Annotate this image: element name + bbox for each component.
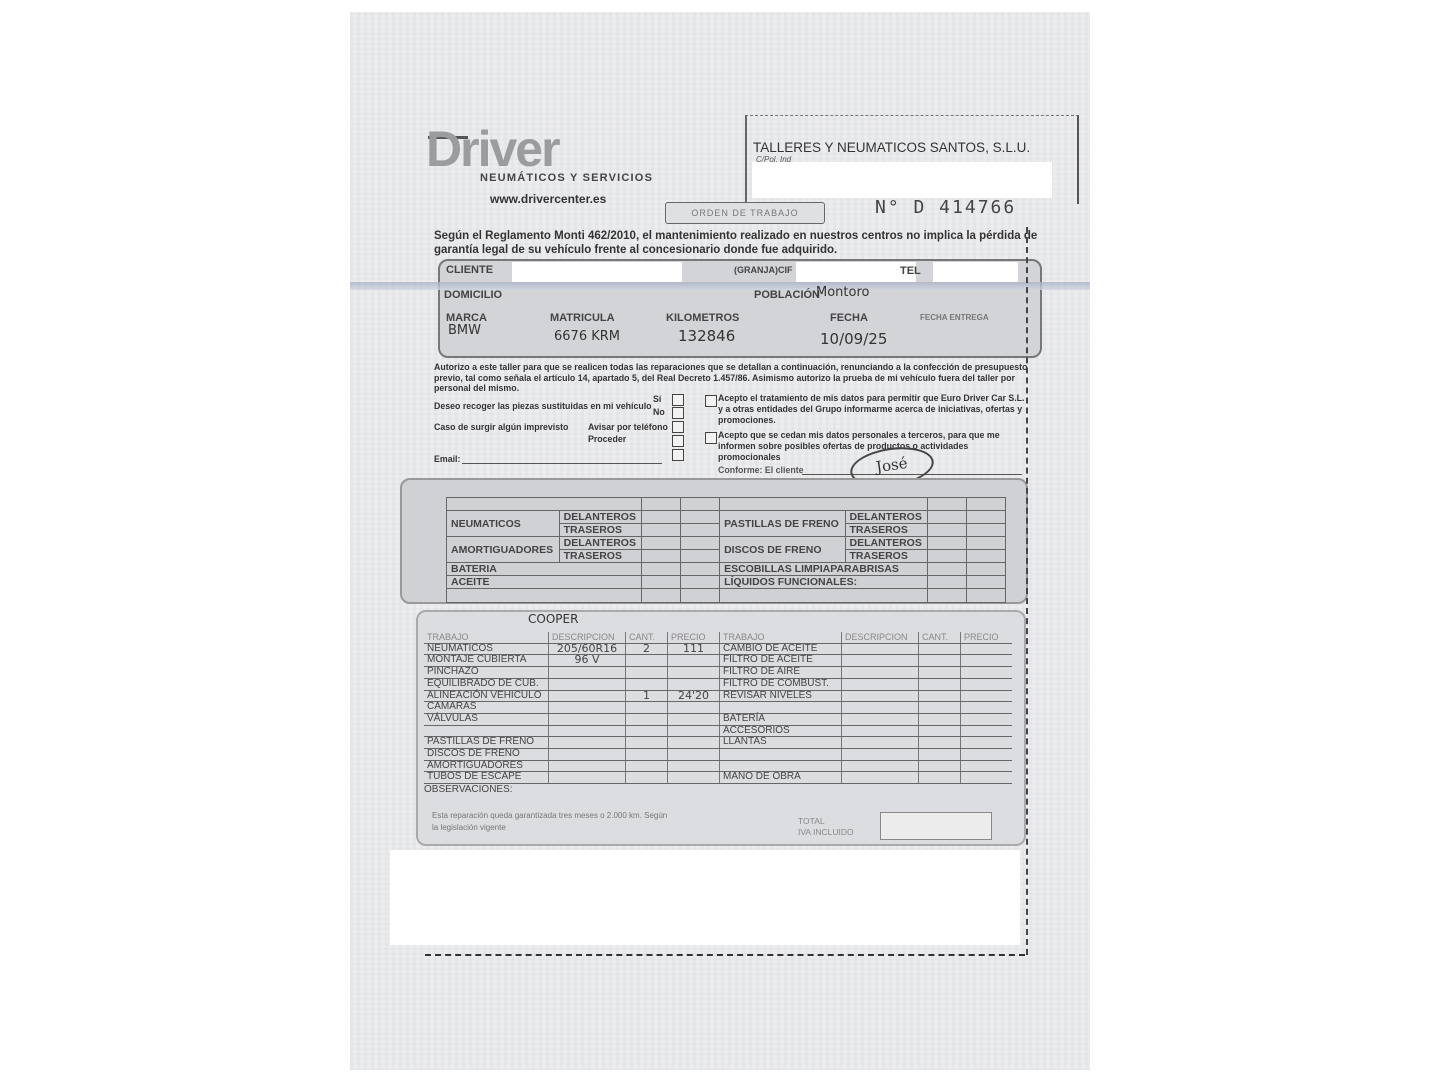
empty-work-cell: [919, 760, 961, 772]
check-cell[interactable]: [681, 537, 720, 550]
order-number: N° D 414766: [875, 197, 1016, 218]
value-poblacion: Montoro: [816, 285, 869, 300]
work-row: ALINEACIÓN VEHICULO124'20REVISAR NIVELES: [424, 690, 1012, 702]
work-cell: [720, 760, 842, 772]
check-item: BATERIA: [447, 563, 642, 576]
work-cell: 2: [626, 643, 668, 655]
check-cell[interactable]: [681, 524, 720, 537]
empty-work-cell: [961, 667, 1013, 679]
checkbox-email[interactable]: [672, 449, 684, 461]
total-label: TOTAL: [798, 816, 825, 826]
work-row: PINCHAZOFILTRO DE AIRE: [424, 667, 1012, 679]
work-cell: [668, 749, 720, 761]
work-cell: [549, 713, 626, 725]
redacted-cif: [796, 262, 916, 282]
checkbox-si[interactable]: [672, 394, 684, 406]
check-cell[interactable]: [928, 550, 967, 563]
empty-work-cell: [961, 713, 1013, 725]
empty-work-cell: [842, 737, 919, 749]
work-row: VÁLVULASBATERÍA: [424, 713, 1012, 725]
redacted-lower-area: [390, 850, 1020, 945]
empty-work-cell: [842, 772, 919, 784]
redacted-tel: [933, 262, 1018, 282]
work-cell: [668, 655, 720, 667]
value-matricula: 6676 KRM: [554, 329, 620, 344]
tire-brand-note: COOPER: [528, 612, 578, 626]
work-cell: 111: [668, 643, 720, 655]
work-cell: 24'20: [668, 690, 720, 702]
work-cell: MONTAJE CUBIERTA: [424, 655, 549, 667]
checkbox-consent-2[interactable]: [705, 432, 717, 444]
proceed-label: Proceder: [588, 434, 626, 444]
observaciones-label: OBSERVACIONES:: [424, 784, 513, 795]
checkbox-proceed[interactable]: [672, 435, 684, 447]
empty-work-cell: [961, 702, 1013, 714]
iva-label: IVA INCLUIDO: [798, 827, 854, 837]
empty-work-cell: [842, 713, 919, 725]
inspection-checklist-table: NEUMATICOSDELANTEROSPASTILLAS DE FRENODE…: [446, 497, 1006, 603]
work-cell: [668, 667, 720, 679]
check-cell[interactable]: [928, 524, 967, 537]
empty-work-cell: [842, 725, 919, 737]
redacted-address: [752, 162, 1052, 198]
work-cell: VÁLVULAS: [424, 713, 549, 725]
work-cell: FILTRO DE ACEITE: [720, 655, 842, 667]
empty-work-cell: [919, 772, 961, 784]
empty-work-cell: [842, 749, 919, 761]
work-cell: FILTRO DE AIRE: [720, 667, 842, 679]
empty-work-cell: [919, 643, 961, 655]
empty-work-cell: [961, 655, 1013, 667]
empty-work-cell: [961, 725, 1013, 737]
work-cell: [720, 749, 842, 761]
value-fecha: 10/09/25: [820, 330, 887, 348]
work-cell: AMORTIGUADORES: [424, 760, 549, 772]
work-cell: PASTILLAS DE FRENO: [424, 737, 549, 749]
label-fecha: FECHA: [830, 312, 868, 324]
check-cell[interactable]: [642, 524, 681, 537]
work-cell: TUBOS DE ESCAPE: [424, 772, 549, 784]
label-cif: (GRANJA)CIF: [734, 265, 793, 275]
work-cell: [549, 678, 626, 690]
value-marca: BMW: [448, 323, 481, 338]
check-cell[interactable]: [967, 524, 1006, 537]
empty-work-cell: [919, 749, 961, 761]
empty-work-cell: [961, 690, 1013, 702]
order-type-stamp: ORDEN DE TRABAJO: [665, 202, 825, 224]
work-cell: [549, 667, 626, 679]
label-poblacion: POBLACIÓN: [754, 289, 820, 301]
work-order-table: TRABAJO DESCRIPCION CANT. PRECIO TRABAJO…: [424, 632, 1012, 784]
check-item: PASTILLAS DE FRENO: [720, 511, 845, 537]
consent-1-text: Acepto el tratamiento de mis datos para …: [718, 393, 1028, 426]
checkbox-consent-1[interactable]: [705, 395, 717, 407]
check-cell[interactable]: [642, 576, 681, 589]
check-cell[interactable]: [642, 563, 681, 576]
work-cell: [626, 713, 668, 725]
check-cell[interactable]: [967, 563, 1006, 576]
work-cell: BATERÍA: [720, 713, 842, 725]
empty-work-cell: [919, 702, 961, 714]
check-item: DISCOS DE FRENO: [720, 537, 845, 563]
notify-phone-label: Avisar por teléfono: [588, 422, 668, 432]
work-cell: [549, 749, 626, 761]
warranty-footnote: Esta reparación queda garantizada tres m…: [432, 810, 672, 834]
work-cell: ACCESORIOS: [720, 725, 842, 737]
empty-work-cell: [842, 690, 919, 702]
empty-work-cell: [919, 713, 961, 725]
check-cell[interactable]: [681, 563, 720, 576]
brand-tagline: NEUMÁTICOS Y SERVICIOS: [480, 172, 653, 184]
work-cell: [549, 725, 626, 737]
work-cell: [626, 725, 668, 737]
check-cell[interactable]: [967, 511, 1006, 524]
empty-work-cell: [961, 749, 1013, 761]
scanned-document-page: Driver NEUMÁTICOS Y SERVICIOS www.driver…: [350, 12, 1090, 1070]
empty-work-cell: [919, 725, 961, 737]
unforeseen-label: Caso de surgir algún imprevisto: [434, 422, 568, 432]
work-cell: CAMARAS: [424, 702, 549, 714]
shop-name: TALLERES Y NEUMATICOS SANTOS, S.L.U.: [753, 140, 1030, 155]
work-cell: [549, 772, 626, 784]
work-cell: [626, 737, 668, 749]
work-cell: REVISAR NIVELES: [720, 690, 842, 702]
work-cell: MANO DE OBRA: [720, 772, 842, 784]
work-row: CAMARAS: [424, 702, 1012, 714]
check-item: NEUMATICOS: [447, 511, 560, 537]
check-cell[interactable]: [928, 563, 967, 576]
work-cell: LLANTAS: [720, 737, 842, 749]
authorization-text: Autorizo a este taller para que se reali…: [434, 362, 1034, 394]
checkbox-notify-phone[interactable]: [672, 421, 684, 433]
work-row: DISCOS DE FRENO: [424, 749, 1012, 761]
work-cell: [549, 690, 626, 702]
checkbox-no[interactable]: [672, 407, 684, 419]
work-cell: NEUMATICOS: [424, 643, 549, 655]
work-cell: [626, 702, 668, 714]
check-cell[interactable]: [642, 550, 681, 563]
email-label: Email:: [434, 454, 460, 464]
work-row: ACCESORIOS: [424, 725, 1012, 737]
work-cell: PINCHAZO: [424, 667, 549, 679]
work-cell: ALINEACIÓN VEHICULO: [424, 690, 549, 702]
check-cell[interactable]: [681, 511, 720, 524]
empty-work-cell: [919, 678, 961, 690]
label-si: Sí: [653, 394, 661, 404]
empty-work-cell: [842, 760, 919, 772]
empty-work-cell: [961, 760, 1013, 772]
warranty-notice: Según el Reglamento Monti 462/2010, el m…: [434, 229, 1044, 257]
check-item: AMORTIGUADORES: [447, 537, 560, 563]
check-item: ESCOBILLAS LIMPIAPARABRISAS: [720, 563, 928, 576]
work-cell: [549, 702, 626, 714]
work-cell: [626, 655, 668, 667]
redacted-client-name: [512, 262, 682, 282]
check-cell[interactable]: [928, 576, 967, 589]
label-no: No: [653, 407, 665, 417]
check-cell[interactable]: [681, 576, 720, 589]
brand-logo: Driver: [426, 124, 559, 174]
brand-website: www.drivercenter.es: [490, 192, 606, 206]
collect-parts-label: Deseo recoger las piezas sustituidas en …: [434, 401, 652, 411]
work-cell: [626, 760, 668, 772]
label-matricula: MATRICULA: [550, 312, 615, 324]
work-cell: [626, 772, 668, 784]
check-cell[interactable]: [928, 511, 967, 524]
label-fecha-entrega: FECHA ENTREGA: [920, 313, 989, 322]
empty-work-cell: [961, 643, 1013, 655]
empty-work-cell: [842, 667, 919, 679]
work-cell: FILTRO DE COMBUST.: [720, 678, 842, 690]
empty-work-cell: [842, 678, 919, 690]
empty-work-cell: [961, 678, 1013, 690]
check-item: ACEITE: [447, 576, 642, 589]
work-cell: 96 V: [549, 655, 626, 667]
page-edge-line: [1026, 227, 1028, 955]
check-cell[interactable]: [967, 550, 1006, 563]
work-cell: [668, 702, 720, 714]
check-cell[interactable]: [642, 511, 681, 524]
value-kilometros: 132846: [678, 327, 735, 345]
cut-line: [425, 954, 1025, 956]
work-cell: DISCOS DE FRENO: [424, 749, 549, 761]
label-domicilio: DOMICILIO: [444, 289, 502, 301]
email-field[interactable]: [462, 463, 662, 464]
work-cell: [668, 760, 720, 772]
work-cell: [668, 713, 720, 725]
work-cell: 1: [626, 690, 668, 702]
empty-work-cell: [842, 702, 919, 714]
work-row: MONTAJE CUBIERTA96 VFILTRO DE ACEITE: [424, 655, 1012, 667]
empty-work-cell: [842, 643, 919, 655]
work-cell: CAMBIO DE ACEITE: [720, 643, 842, 655]
check-cell[interactable]: [967, 537, 1006, 550]
work-row: TUBOS DE ESCAPEMANO DE OBRA: [424, 772, 1012, 784]
check-cell[interactable]: [928, 537, 967, 550]
empty-work-cell: [919, 655, 961, 667]
check-item: LÍQUIDOS FUNCIONALES:: [720, 576, 928, 589]
empty-work-cell: [961, 772, 1013, 784]
work-cell: EQUILIBRADO DE CUB.: [424, 678, 549, 690]
work-cell: [626, 667, 668, 679]
work-row: NEUMATICOS205/60R162111CAMBIO DE ACEITE: [424, 643, 1012, 655]
work-cell: [424, 725, 549, 737]
check-cell[interactable]: [681, 550, 720, 563]
work-row: PASTILLAS DE FRENOLLANTAS: [424, 737, 1012, 749]
work-row: AMORTIGUADORES: [424, 760, 1012, 772]
work-cell: [668, 772, 720, 784]
check-cell[interactable]: [642, 537, 681, 550]
label-kilometros: KILOMETROS: [666, 312, 739, 324]
work-row: EQUILIBRADO DE CUB.FILTRO DE COMBUST.: [424, 678, 1012, 690]
work-cell: [668, 725, 720, 737]
work-cell: [549, 760, 626, 772]
label-cliente: CLIENTE: [446, 264, 493, 276]
total-field: [880, 812, 992, 840]
work-cell: [668, 737, 720, 749]
empty-work-cell: [842, 655, 919, 667]
label-tel: TEL: [900, 265, 921, 277]
work-cell: [626, 749, 668, 761]
empty-work-cell: [919, 690, 961, 702]
work-cell: [720, 702, 842, 714]
conforme-label: Conforme: El cliente: [718, 465, 804, 475]
work-cell: [549, 737, 626, 749]
empty-work-cell: [919, 667, 961, 679]
empty-work-cell: [961, 737, 1013, 749]
check-cell[interactable]: [967, 576, 1006, 589]
empty-work-cell: [919, 737, 961, 749]
